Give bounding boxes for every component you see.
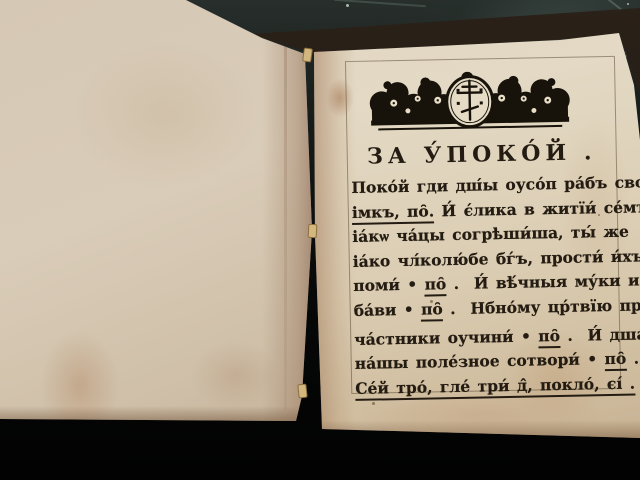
text-segment: Поко́й гди дш́ы оусо́п ра́бъ свои́: [351, 172, 640, 197]
page-bottom-edge: [0, 406, 300, 421]
dust-speck: [627, 3, 629, 5]
text-segment: по̑: [421, 299, 443, 321]
text-segment: . И́ дша́: [560, 324, 640, 345]
page-crease: [284, 40, 287, 410]
stain: [70, 40, 260, 190]
text-segment: .: [626, 349, 639, 368]
text-segment: ба́ви •: [354, 300, 422, 320]
text-segment: ча́стники оучини́ •: [354, 326, 538, 349]
binding-stitch: [297, 384, 307, 399]
section-title: ЗА У́ПОКО́Й .: [349, 139, 615, 170]
prayer-text-block: Поко́й гди дш́ы оусо́п ра́бъ свои́хъімкъ…: [351, 167, 619, 401]
text-segment: іа́ко чл́колю́бе бѓъ, прости́ и́хъ и: [353, 246, 640, 271]
text-segment: на́шы поле́зное сотвори́ •: [355, 349, 605, 373]
gutter-shadow: [262, 30, 314, 425]
text-segment: по̑: [538, 326, 560, 348]
stain: [40, 330, 120, 440]
text-line: Се́й тро́, гле́ три́ д̂, покло́, єі́ .: [355, 372, 619, 402]
text-segment: імкъ, по̑.: [352, 201, 435, 225]
text-segment: по̑: [424, 275, 446, 297]
text-line: Поко́й гди дш́ы оусо́п ра́бъ свои́хъ: [351, 167, 616, 201]
text-segment: Се́й тро́, гле́ три́ д̂, покло́, єі́ .: [355, 373, 635, 400]
headpiece-woodcut: [367, 70, 572, 136]
text-segment: іа́кѡ ча́цы согрѣши́ша, ты́ же: [352, 222, 629, 246]
cross-medallion: [446, 76, 493, 127]
text-segment: по̑: [604, 349, 626, 371]
text-segment: поми́ •: [353, 275, 425, 295]
dust-speck: [346, 4, 349, 7]
photo-of-open-book: ЗА У́ПОКО́Й . Поко́й гди дш́ы оусо́п ра́…: [0, 0, 640, 480]
binding-stitch: [302, 47, 313, 62]
text-segment: И́ є́лика в житїи́ се́мъ: [434, 197, 640, 220]
binding-stitch: [308, 224, 318, 238]
text-segment: . Нбно́му цр́твїю при: [443, 295, 640, 318]
text-segment: . И́ вѣ́чныя му́ки из: [446, 271, 640, 294]
